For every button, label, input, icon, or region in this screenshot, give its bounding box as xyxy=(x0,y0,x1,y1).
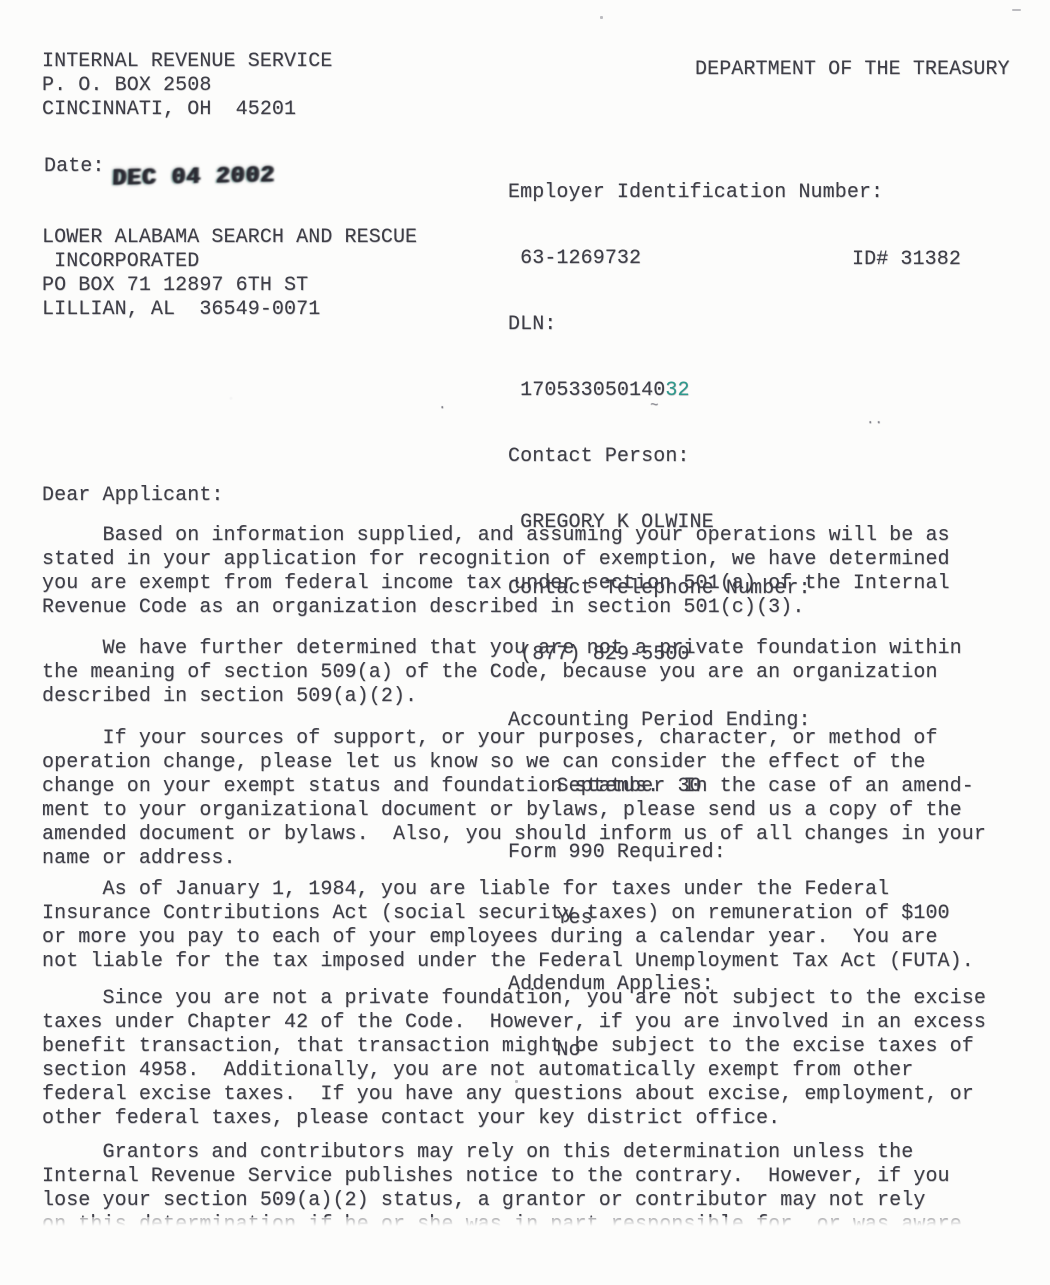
contact-id-number: ID# 31382 xyxy=(852,248,961,272)
scan-mark: ~ xyxy=(650,398,658,414)
scan-mark: · xyxy=(438,400,446,416)
scan-speck xyxy=(515,1080,518,1083)
scanned-irs-letter: INTERNAL REVENUE SERVICE P. O. BOX 2508 … xyxy=(0,0,1050,1285)
body-paragraph-2: We have further determined that you are … xyxy=(42,637,1027,709)
recipient-address: LOWER ALABAMA SEARCH AND RESCUE INCORPOR… xyxy=(42,226,417,322)
body-paragraph-5: Since you are not a private foundation, … xyxy=(42,987,1027,1131)
contact-person-label: Contact Person: xyxy=(508,446,883,468)
scan-bottom-cutoff xyxy=(0,1217,1050,1285)
eid-value: 63-1269732 xyxy=(508,248,883,270)
body-paragraph-3: If your sources of support, or your purp… xyxy=(42,727,1027,871)
salutation: Dear Applicant: xyxy=(42,484,224,508)
department-of-treasury: DEPARTMENT OF THE TREASURY xyxy=(695,58,1010,82)
scan-speck xyxy=(1012,9,1021,11)
scan-speck xyxy=(600,16,603,19)
dln-label: DLN: xyxy=(508,314,883,336)
date-label: Date: xyxy=(44,155,105,179)
eid-label: Employer Identification Number: xyxy=(508,182,883,204)
dln-value-suffix: 32 xyxy=(665,379,689,402)
date-stamp: DEC 04 2002 xyxy=(112,162,276,191)
body-paragraph-1: Based on information supplied, and assum… xyxy=(42,524,1027,620)
sender-address: INTERNAL REVENUE SERVICE P. O. BOX 2508 … xyxy=(42,50,332,122)
scan-mark: ·· xyxy=(866,415,883,431)
body-paragraph-4: As of January 1, 1984, you are liable fo… xyxy=(42,878,1027,974)
dln-value-main: 170533050140 xyxy=(508,379,665,402)
dln-value: 17053305014032 xyxy=(508,380,883,402)
